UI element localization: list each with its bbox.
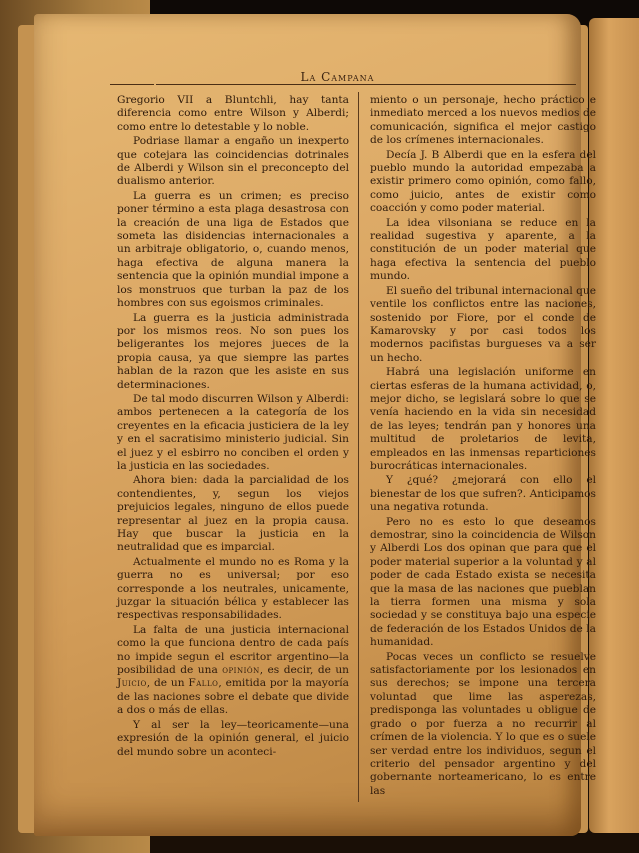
left-column: Gregorio VII a Bluntchli, hay tanta dife… xyxy=(117,94,349,760)
small-caps-term: opinión xyxy=(222,664,259,676)
paragraph: De tal modo discurren Wilson y Alberdi: … xyxy=(117,393,349,473)
right-column: miento o un personaje, hecho práctico e … xyxy=(370,94,596,799)
paragraph: Podriase llamar a engaño un inexperto qu… xyxy=(117,135,349,189)
paragraph: Gregorio VII a Bluntchli, hay tanta dife… xyxy=(117,94,349,134)
small-caps-term: Fallo xyxy=(188,677,218,689)
paragraph: El sueño del tribunal internacional que … xyxy=(370,285,596,365)
text-run: , es decir, de un xyxy=(260,664,349,676)
next-page-edge xyxy=(589,18,639,833)
paragraph: La falta de una justicia internacional c… xyxy=(117,624,349,718)
header-rule-left xyxy=(110,84,154,85)
text-run: , de un xyxy=(147,677,189,689)
paragraph: Y ¿qué? ¿mejorará con ello el bienestar … xyxy=(370,474,596,514)
magazine-page: La Campana Gregorio VII a Bluntchli, hay… xyxy=(34,14,581,836)
paragraph: Habrá una legislación uniforme en cierta… xyxy=(370,366,596,473)
running-head: La Campana xyxy=(34,70,581,84)
paragraph: Ahora bien: dada la parcialidad de los c… xyxy=(117,474,349,554)
header-rule xyxy=(156,84,576,85)
column-divider xyxy=(358,92,359,802)
paragraph: La idea vilsoniana se reduce en la reali… xyxy=(370,217,596,284)
paragraph: Pocas veces un conflicto se resuelve sat… xyxy=(370,651,596,798)
paragraph: La guerra es la justicia administrada po… xyxy=(117,312,349,392)
paragraph: Decía J. B Alberdi que en la esfera del … xyxy=(370,149,596,216)
paragraph: La guerra es un crimen; es preciso poner… xyxy=(117,190,349,311)
paragraph: miento o un personaje, hecho práctico e … xyxy=(370,94,596,148)
paragraph: Pero no es esto lo que deseamos demostra… xyxy=(370,516,596,650)
small-caps-term: Juicio xyxy=(117,677,147,689)
paragraph: Actualmente el mundo no es Roma y la gue… xyxy=(117,556,349,623)
paragraph: Y al ser la ley—teoricamente—una expresi… xyxy=(117,719,349,759)
